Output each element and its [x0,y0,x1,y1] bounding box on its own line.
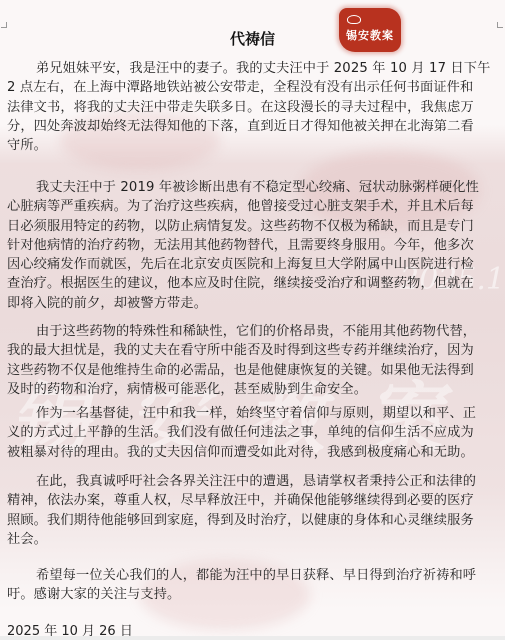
paragraph-4: 作为一名基督徒，汪中和我一样，始终坚守着信仰与原则，期望以和平、正 义的方式过上… [7,404,499,462]
text-line: 我丈夫汪中于 2019 年被诊断出患有不稳定型心绞痛、冠状动脉粥样硬化性 [7,178,499,197]
text-line: 弟兄姐妹平安，我是汪中的妻子。我的丈夫汪中于 2025 年 10 月 17 日下… [7,59,499,78]
text-line: 希望每一位关心我们的人，都能为汪中的早日获释、早日得到治疗祈祷和呼 [7,566,499,585]
paragraph-5: 在此，我真诚呼吁社会各界关注汪中的遭遇，恳请掌权者秉持公正和法律的 精神，依法办… [7,472,499,549]
page-bottom-edge [0,636,505,640]
document-title: 代祷信 [0,28,505,49]
text-line: 查治疗。根据医生的建议，他本应及时住院，继续接受治疗和调整药物，但就在 [7,274,499,293]
text-line: 日必须服用特定的药物，以防止病情复发。这些药物不仅极为稀缺，而且是专门 [7,217,499,236]
text-line: 被粗暴对待的理由。我的丈夫因信仰而遭受如此对待，我感到极度痛心和无助。 [7,443,499,462]
text-line: 我的最大担忧是，我的丈夫在看守所中能否及时得到这些专药并继续治疗，因为 [7,341,499,360]
text-line: 心脏病等严重疾病。为了治疗这些疾病，他曾接受过心脏支架手术，并且术后每 [7,197,499,216]
paragraph-6: 希望每一位关心我们的人，都能为汪中的早日获释、早日得到治疗祈祷和呼 吁。感谢大家… [7,566,499,605]
text-line: 社会。 [7,530,499,549]
text-line: 精神，依法办案，尊重人权，尽早释放汪中，并确保他能够继续得到必要的医疗 [7,491,499,510]
paragraph-1: 弟兄姐妹平安，我是汪中的妻子。我的丈夫汪中于 2025 年 10 月 17 日下… [7,59,499,155]
logo-dove-icon [347,15,361,24]
paragraph-3: 由于这些药物的特殊性和稀缺性，它们的价格昂贵，不能用其他药物代替， 我的最大担忧… [7,322,499,399]
text-line: 因心绞痛发作而就医，先后在北京安贞医院和上海复旦大学附属中山医院进行检 [7,255,499,274]
text-line: 守所。 [7,136,499,155]
text-line: 分，四处奔波却始终无法得知他的下落，直到近日才得知他被关押在北海第二看 [7,117,499,136]
text-line: 作为一名基督徒，汪中和我一样，始终坚守着信仰与原则，期望以和平、正 [7,404,499,423]
text-line: 在此，我真诚呼吁社会各界关注汪中的遭遇，恳请掌权者秉持公正和法律的 [7,472,499,491]
text-line: 由于这些药物的特殊性和稀缺性，它们的价格昂贵，不能用其他药物代替， [7,322,499,341]
text-line: 义的方式过上平静的生活。我们没有做任何违法之事，单纯的信仰生活不应成为 [7,423,499,442]
document-page: 锡安教案 2025.10.09 锡安教案 代祷信 弟兄姐妹平安，我是汪中的妻子。… [0,0,505,640]
text-line: 及时的药物和治疗，病情极可能恶化，甚至威胁到生命安全。 [7,380,499,399]
paragraph-2: 我丈夫汪中于 2019 年被诊断出患有不稳定型心绞痛、冠状动脉粥样硬化性 心脏病… [7,178,499,313]
text-line: 这些药物不仅是他维持生命的必需品，也是他健康恢复的关键。如果他无法得到 [7,361,499,380]
text-line: 照顾。我们期待他能够回到家庭，得到及时治疗，以健康的身体和心灵继续服务 [7,511,499,530]
text-line: 法律文书，将我的丈夫汪中带走失联多日。在这段漫长的寻夫过程中，我焦虑万 [7,98,499,117]
text-line: 2 点左右，在上海中潭路地铁站被公安带走，全程没有没有出示任何书面证件和 [7,78,499,97]
text-line: 即将入院的前夕，却被警方带走。 [7,294,499,313]
text-line: 针对他病情的治疗药物，无法用其他药物替代，且需要终身服用。今年，他多次 [7,236,499,255]
text-line: 吁。感谢大家的关注与支持。 [7,585,499,604]
